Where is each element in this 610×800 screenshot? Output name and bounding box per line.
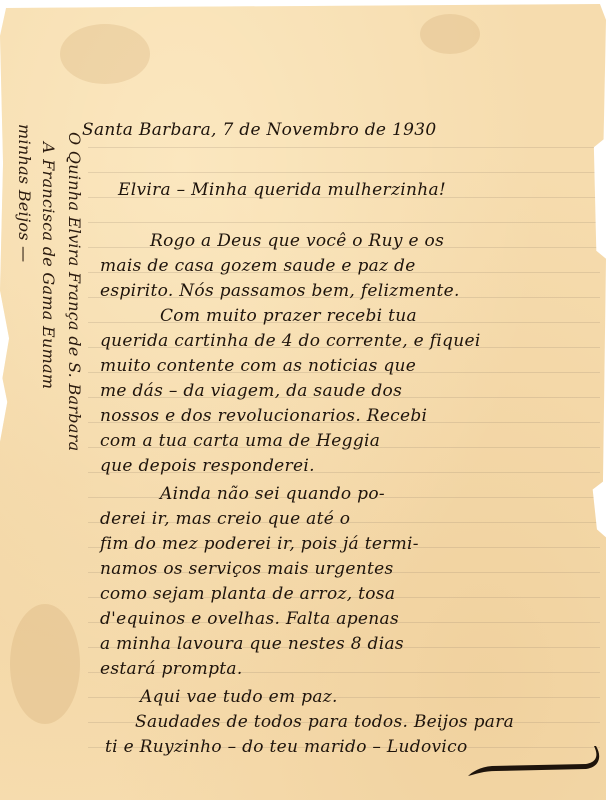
margin-note: O Quinha Elvira França de S. Barbara: [65, 132, 84, 451]
margin-note: A Francisca de Gama Eumam: [39, 142, 58, 389]
body-line: querida cartinha de 4 do corrente, e fiq…: [100, 331, 481, 351]
ruled-line: [88, 147, 600, 148]
body-line: Saudades de todos para todos. Beijos par…: [135, 712, 514, 732]
body-line: que depois responderei.: [100, 456, 315, 476]
body-line: nossos e dos revolucionarios. Recebi: [100, 406, 427, 426]
ruled-line: [88, 172, 600, 173]
body-line: namos os serviços mais urgentes: [100, 559, 393, 579]
salutation: Elvira – Minha querida mulherzinha!: [118, 180, 446, 200]
body-line: estará prompta.: [100, 659, 243, 679]
margin-note: minhas Beijos —: [15, 124, 34, 262]
letter-page: Santa Barbara, 7 de Novembro de 1930 Elv…: [0, 4, 606, 800]
body-line: Ainda não sei quando po-: [160, 484, 385, 504]
body-line: a minha lavoura que nestes 8 dias: [100, 634, 404, 654]
body-line: Aqui vae tudo em paz.: [140, 687, 338, 707]
closing-line: ti e Ruyzinho – do teu marido – Ludovico: [105, 737, 467, 757]
body-line: com a tua carta uma de Heggia: [100, 431, 380, 451]
ruled-line: [88, 222, 600, 223]
paper-stain: [420, 14, 480, 54]
place-date: Santa Barbara, 7 de Novembro de 1930: [82, 120, 436, 140]
body-line: mais de casa gozem saude e paz de: [100, 256, 416, 276]
signature-flourish: [462, 744, 602, 784]
body-line: como sejam planta de arroz, tosa: [100, 584, 395, 604]
paper-stain: [10, 604, 80, 724]
body-line: espirito. Nós passamos bem, felizmente.: [100, 281, 460, 301]
body-line: Com muito prazer recebi tua: [160, 306, 417, 326]
body-line: muito contente com as noticias que: [100, 356, 416, 376]
body-line: Rogo a Deus que você o Ruy e os: [150, 231, 444, 251]
paper-stain: [60, 24, 150, 84]
body-line: d'equinos e ovelhas. Falta apenas: [100, 609, 399, 629]
body-line: me dás – da viagem, da saude dos: [100, 381, 402, 401]
body-line: derei ir, mas creio que até o: [100, 509, 350, 529]
body-line: fim do mez poderei ir, pois já termi-: [100, 534, 419, 554]
